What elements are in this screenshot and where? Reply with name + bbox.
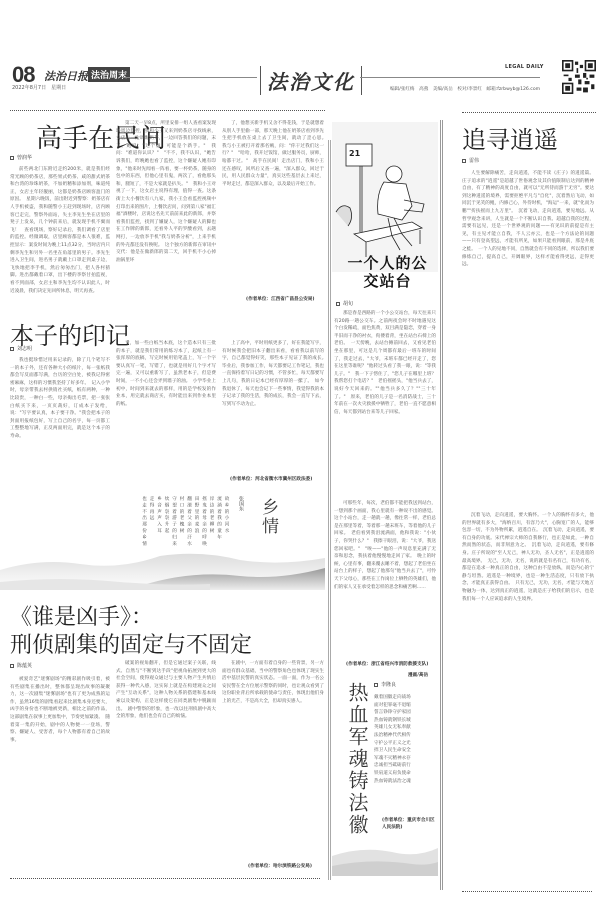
poem-title-xiangqing: 乡情 bbox=[256, 498, 281, 536]
article-column: 破案的视角翻开，但是它通过案子关联，线式、自然与"不断到达手段"把视角拓展到更大… bbox=[116, 660, 216, 874]
author-affiliation: (作者单位：江西省广昌县公安局) bbox=[246, 296, 315, 302]
illustration-caption: 一个人的公交站台 bbox=[345, 254, 430, 290]
author-affiliation: (作者单位：哈尔滨铁路公安局) bbox=[248, 863, 312, 869]
article-title-shui-line2: 刑侦剧集的固定与不固定 bbox=[10, 628, 252, 659]
bus-stop-illustration: 21 bbox=[332, 122, 438, 272]
poem-title-rexue: 热血军魂铸法徽 bbox=[346, 682, 368, 836]
article-column: 第二天一早8点，所里安排一组人查看案发现场周边监控，我和小王又来到奶茶店寻找线索… bbox=[116, 120, 216, 296]
byline: 李隆良 bbox=[374, 681, 396, 688]
divider bbox=[10, 110, 325, 111]
article-title-shui-line1: 《谁是凶手》： bbox=[10, 600, 153, 631]
article-column: 前些两北门东附近走约200米，就是我们经常光顾的奶茶店，那些果式奶茶、咸的甜式奶… bbox=[10, 166, 110, 296]
article-column: 被爱奇艺"迷雾剧场"的精彩剧作吸引着，被有些剧集在播出时，整体都呈现出故事的凝聚… bbox=[10, 676, 110, 874]
article-column: 我也挺珍惜过用来记录的，除了几个笔写不一的本子外，还有各种大小的纸片，每一张纸我… bbox=[10, 357, 110, 465]
masthead: 08 法治日报 法治周末 2022年8月7日 星期日 法治文化 编辑/张红梅 高… bbox=[10, 62, 594, 102]
illustration-credit: 漫画/高岳 bbox=[408, 672, 428, 678]
divider bbox=[10, 878, 320, 879]
article-column: 那是春是西路的一个小公交站台，每天往来只有20路一趟公交车。之前两夜会时不时地遇… bbox=[334, 310, 436, 495]
byline: 胡旬 bbox=[336, 300, 353, 307]
article-column: 专，加一些白纸当本底，这个造本只有三批的本子，就是我们常用的练习本了，起纸上有一… bbox=[116, 340, 216, 465]
divider bbox=[462, 891, 592, 892]
article-column: 可那些年，每次，老伯都不能把我送到站台，一想到那个画面，我心里就有一种说不出的感… bbox=[334, 500, 436, 620]
section-header: 法治文化 编辑/张红梅 高燕 美编/高岳 校对/李景红 邮箱:fzrbwyb@1… bbox=[10, 68, 594, 88]
svg-text:21: 21 bbox=[349, 149, 361, 158]
byline: 雷伟 bbox=[462, 157, 479, 164]
divider bbox=[462, 112, 596, 113]
section-title: 法治文化 bbox=[260, 66, 362, 95]
byline: 张国东 bbox=[238, 496, 245, 511]
byline: 陈蕴英 bbox=[10, 662, 32, 669]
byline-box-icon bbox=[10, 664, 14, 668]
landscape-illustration bbox=[0, 540, 325, 590]
article-title-zhuixun: 追寻逍遥 bbox=[462, 120, 558, 155]
poem-body: 戴着国徽走向战场 面对犯罪毫不退缩 誓言铮铮守护家园 热血铸就钢铁长城 英雄儿女… bbox=[374, 694, 436, 790]
article-column: 在剧中，一方面有着自身的一些背景，另一方面也有群众基础，当中的警察角色也体现了现… bbox=[222, 660, 324, 860]
article-column: 人生要解除痛苦，走向逍遥，不能不读《庄子》的逍遥篇。庄子追求的"逍遥"是超越了世… bbox=[462, 170, 594, 510]
qr-code-icon[interactable] bbox=[562, 60, 596, 94]
article-column: 沉着飞动，走向逍遥，要大胸怀。一个人的胸怀有多大，他的世界就有多大，"海纳百川，… bbox=[462, 512, 594, 884]
divider bbox=[122, 77, 257, 78]
author-affiliation: (作者单位：重庆市合川区人民法院) bbox=[382, 817, 438, 831]
byline-box-icon bbox=[374, 683, 378, 687]
byline-box-icon bbox=[10, 347, 14, 351]
byline-box-icon bbox=[462, 159, 466, 163]
article-column: 上了高中，平时用纸更多了，好在我能写字，有时候我会把旧本子翻出来看，看看我以前写… bbox=[222, 340, 324, 457]
english-name: LEGAL DAILY bbox=[505, 64, 544, 70]
byline-box-icon bbox=[10, 156, 14, 160]
column-separator bbox=[440, 120, 443, 890]
author-affiliation: (作者单位：浙江省绍兴市消防救援支队) bbox=[346, 661, 428, 667]
landscape-illustration bbox=[332, 836, 438, 876]
column-separator bbox=[328, 140, 331, 880]
article-column: 了，他想买新手机又舍不得花钱，于是就想着从别人手里偷一部，那天晚上他在奶茶店看到… bbox=[222, 120, 324, 275]
author-affiliation: (作者单位：河北省衡水市冀州区政法委) bbox=[230, 476, 312, 482]
byline-box-icon bbox=[336, 302, 340, 306]
editors-credit: 编辑/张红梅 高燕 美编/高岳 校对/李景红 邮箱:fzrbwyb@126.co… bbox=[390, 86, 540, 92]
byline: 刘志明 bbox=[10, 345, 32, 352]
divider bbox=[360, 77, 540, 78]
byline: 曾润华 bbox=[10, 154, 32, 161]
